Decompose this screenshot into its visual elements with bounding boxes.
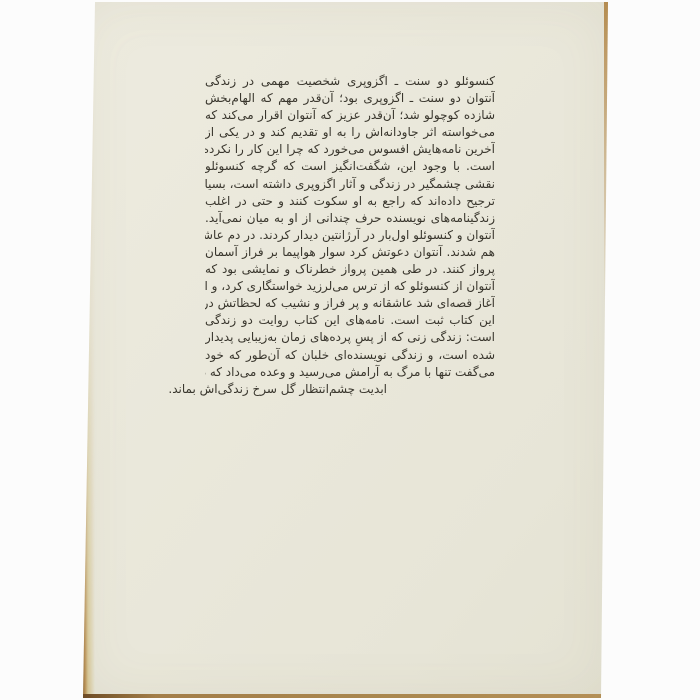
text-line: کنسوئلو دو سنت ـ اگزوپری شخصیت مهمی در ز… xyxy=(205,73,495,90)
text-line-last: ابدیت چشم‌انتظار گل سرخ زندگی‌اش بماند. xyxy=(205,381,495,398)
page-left-spine-edge xyxy=(82,2,96,698)
text-line: این کتاب ثبت است. نامه‌های این کتاب روای… xyxy=(205,312,495,329)
page-bottom-cover-edge xyxy=(82,694,608,698)
text-line: آنتوان و کنسوئلو اول‌بار در آرژانتین دید… xyxy=(205,227,495,244)
photo-background: کنسوئلو دو سنت ـ اگزوپری شخصیت مهمی در ز… xyxy=(0,0,700,700)
text-line: آخرین نامه‌هایش افسوس می‌خورد که چرا این… xyxy=(205,141,495,158)
text-line: می‌گفت تنها با مرگ به آرامش می‌رسید و وع… xyxy=(205,364,495,381)
text-line: شده است، و زندگی نویسنده‌ای خلبان که آن‌… xyxy=(205,347,495,364)
text-line: است. با وجود این، شگفت‌انگیز است که گرچه… xyxy=(205,158,495,175)
body-text: کنسوئلو دو سنت ـ اگزوپری شخصیت مهمی در ز… xyxy=(205,73,495,398)
text-line: ترجیح داده‌اند که راجع به او سکوت کنند و… xyxy=(205,193,495,210)
text-line: نقشی چشمگیر در زندگی و آثار اگزوپری داشت… xyxy=(205,176,495,193)
text-line: پرواز کنند. در طی همین پرواز خطرناک و نم… xyxy=(205,261,495,278)
page-right-edge xyxy=(604,2,608,302)
text-line: می‌خواسته اثر جاودانه‌اش را به او تقدیم … xyxy=(205,124,495,141)
text-line: است: زندگی زنی که از پسِ پرده‌های زمان ب… xyxy=(205,329,495,346)
book-page: کنسوئلو دو سنت ـ اگزوپری شخصیت مهمی در ز… xyxy=(82,2,608,698)
text-line: هم شدند. آنتوان دعوتش کرد سوار هواپیما ب… xyxy=(205,244,495,261)
text-line: آنتوان دو سنت ـ اگزوپری بود؛ آن‌قدر مهم … xyxy=(205,90,495,107)
text-line: شازده کوچولو شد؛ آن‌قدر عزیز که آنتوان ا… xyxy=(205,107,495,124)
text-line: آنتوان از کنسوئلو که از ترس می‌لرزید خوا… xyxy=(205,278,495,295)
text-line: زندگینامه‌های نویسنده حرف چندانی از او ب… xyxy=(205,210,495,227)
text-line: آغاز قصه‌ای شد عاشقانه و پر فراز و نشیب … xyxy=(205,295,495,312)
